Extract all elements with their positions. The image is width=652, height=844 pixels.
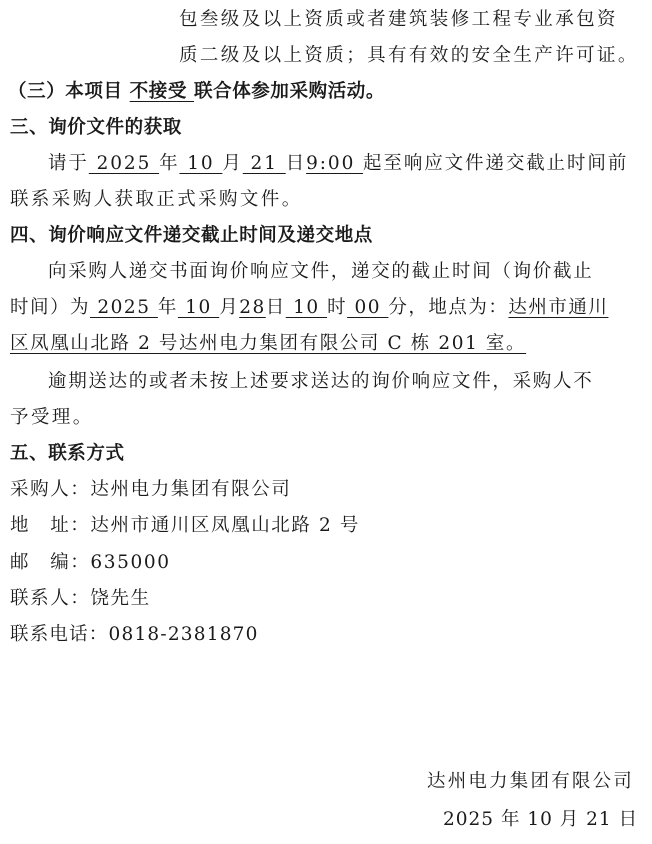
section3-paragraph-line2: 联系采购人获取正式采购文件。 bbox=[10, 188, 303, 212]
item3-value: 不接受 bbox=[130, 81, 194, 102]
text: 日 bbox=[286, 153, 306, 174]
deadline-month: 10 bbox=[178, 297, 219, 318]
qualification-continued-line1: 包叁级及以上资质或者建筑装修工程专业承包资 bbox=[179, 8, 618, 32]
text: 年 bbox=[158, 297, 178, 318]
obtain-month: 10 bbox=[179, 153, 222, 174]
contact-phone: 联系电话：0818-2381870 bbox=[10, 623, 259, 647]
text: 月 bbox=[222, 153, 242, 174]
text: 分，地点为： bbox=[388, 297, 508, 318]
signature-date: 2025 年 10 月 21 日 bbox=[443, 808, 638, 832]
text: 日 bbox=[266, 297, 286, 318]
submission-place-part1: 达州市通川 bbox=[508, 297, 608, 318]
contact-postcode: 邮 编：635000 bbox=[10, 551, 171, 575]
section3-paragraph-line1: 请于 2025 年 10 月 21 日9:00 起至响应文件递交截止时间前 bbox=[48, 152, 628, 176]
section3-title: 三、询价文件的获取 bbox=[10, 116, 182, 140]
section4-title: 四、询价响应文件递交截止时间及递交地点 bbox=[10, 224, 373, 248]
section4-paragraph2-line1: 逾期送达的或者未按上述要求送达的询价响应文件，采购人不 bbox=[48, 370, 593, 394]
section4-paragraph1-line2: 时间）为 2025 年 10 月28日 10 时 00 分，地点为：达州市通川 bbox=[10, 296, 608, 320]
section5-title: 五、联系方式 bbox=[10, 442, 125, 466]
obtain-year: 2025 bbox=[89, 153, 159, 174]
obtain-time: 9:00 bbox=[306, 153, 363, 174]
contact-address: 地 址：达州市通川区凤凰山北路 2 号 bbox=[10, 514, 360, 538]
contact-person: 联系人：饶先生 bbox=[10, 587, 151, 611]
section4-paragraph2-line2: 予受理。 bbox=[10, 406, 94, 430]
obtain-day: 21 bbox=[243, 153, 286, 174]
submission-place-part2: 区凤凰山北路 2 号达州电力集团有限公司 C 栋 201 室。 bbox=[10, 332, 526, 356]
item3-prefix: （三）本项目 bbox=[8, 81, 130, 102]
text: 时 bbox=[327, 297, 347, 318]
item3-consortium: （三）本项目 不接受 联合体参加采购活动。 bbox=[8, 80, 385, 104]
deadline-minute: 00 bbox=[347, 297, 388, 318]
text: 起至响应文件递交截止时间前 bbox=[363, 153, 628, 174]
deadline-hour: 10 bbox=[286, 297, 327, 318]
section4-paragraph1-line1: 向采购人递交书面询价响应文件，递交的截止时间（询价截止 bbox=[48, 260, 593, 284]
text: 月 bbox=[219, 297, 239, 318]
item3-suffix: 联合体参加采购活动。 bbox=[194, 81, 385, 102]
text: 年 bbox=[159, 153, 179, 174]
signature-company: 达州电力集团有限公司 bbox=[427, 770, 634, 794]
text: 时间）为 bbox=[10, 297, 90, 318]
deadline-day: 28 bbox=[239, 297, 266, 318]
deadline-year: 2025 bbox=[90, 297, 158, 318]
qualification-continued-line2: 质二级及以上资质；具有有效的安全生产许可证。 bbox=[179, 44, 639, 68]
contact-purchaser: 采购人：达州电力集团有限公司 bbox=[10, 478, 291, 502]
text: 请于 bbox=[48, 153, 89, 174]
